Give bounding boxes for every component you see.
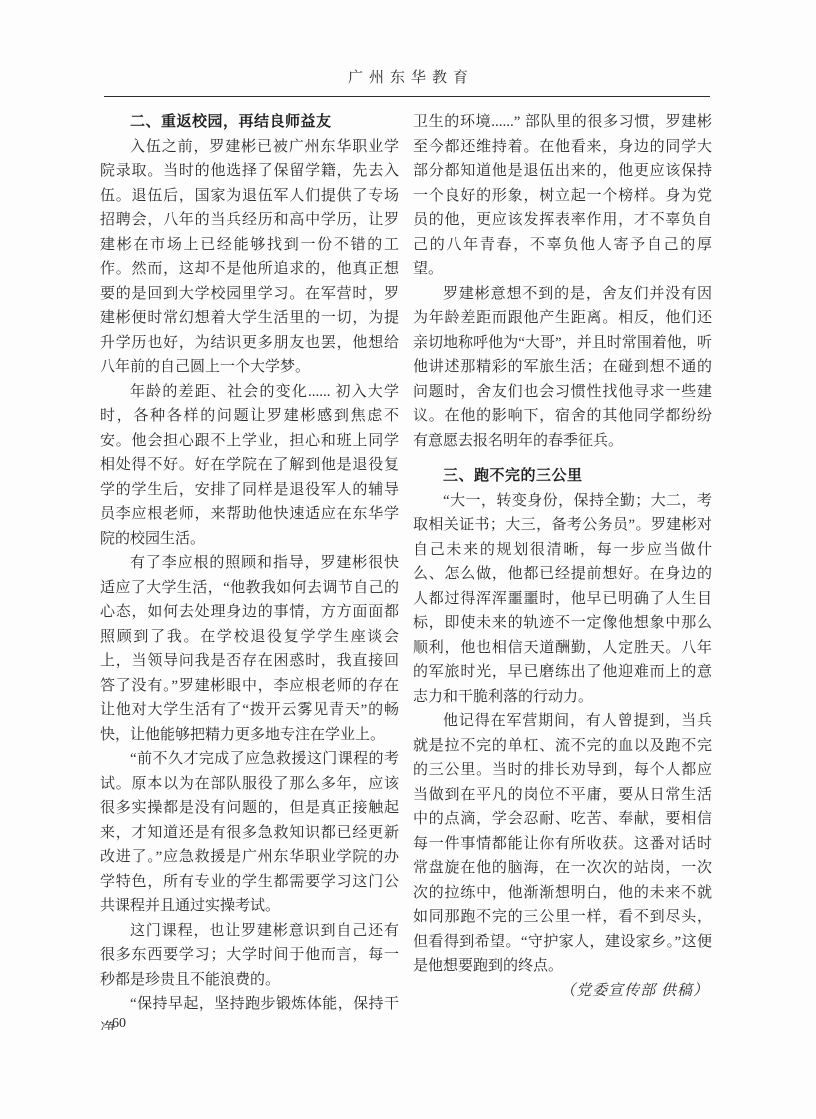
article-body: 二、重返校园，再结良师益友 入伍之前，罗建彬已被广州东华职业学院录取。当时的他选… <box>100 110 712 1030</box>
paragraph: 入伍之前，罗建彬已被广州东华职业学院录取。当时的他选择了保留学籍，先去入伍。退伍… <box>100 135 399 380</box>
paragraph: “大一，转变身份，保持全勤；大二，考取相关证书；大三，备考公务员”。罗建彬对自己… <box>413 489 712 710</box>
paragraph-continuation: 卫生的环境......” 部队里的很多习惯，罗建彬至今都还维持着。在他看来，身边… <box>413 110 712 282</box>
paragraph: 罗建彬意想不到的是，舍友们并没有因为年龄差距而跟他产生距离。相反，他们还亲切地称… <box>413 282 712 454</box>
paragraph: 有了李应根的照顾和指导，罗建彬很快适应了大学生活，“他教我如何去调节自己的心态，… <box>100 551 399 747</box>
paragraph: “保持早起，坚持跑步锻炼体能，保持干净 <box>100 992 399 1030</box>
header-rule <box>104 96 710 97</box>
paragraph: 年龄的差距、社会的变化...... 初入大学时，各种各样的问题让罗建彬感到焦虑不… <box>100 380 399 552</box>
page-number: 60 <box>112 1016 126 1032</box>
right-column: 卫生的环境......” 部队里的很多习惯，罗建彬至今都还维持着。在他看来，身边… <box>413 110 712 1030</box>
paragraph: 这门课程，也让罗建彬意识到自己还有很多东西要学习；大学时间于他而言，每一秒都是珍… <box>100 919 399 993</box>
section-heading-three-km: 三、跑不完的三公里 <box>413 464 712 489</box>
section-heading-campus: 二、重返校园，再结良师益友 <box>100 110 399 135</box>
document-page: 广州东华教育 二、重返校园，再结良师益友 入伍之前，罗建彬已被广州东华职业学院录… <box>0 0 816 1119</box>
attribution: （党委宣传部 供稿） <box>413 979 712 1004</box>
paragraph: 他记得在军营期间，有人曾提到，当兵就是拉不完的单杠、流不完的血以及跑不完的三公里… <box>413 709 712 979</box>
paragraph: “前不久才完成了应急救援这门课程的考试。原本以为在部队服役了那么多年，应该很多实… <box>100 747 399 919</box>
journal-header-title: 广州东华教育 <box>0 66 816 87</box>
left-column: 二、重返校园，再结良师益友 入伍之前，罗建彬已被广州东华职业学院录取。当时的他选… <box>100 110 399 1030</box>
